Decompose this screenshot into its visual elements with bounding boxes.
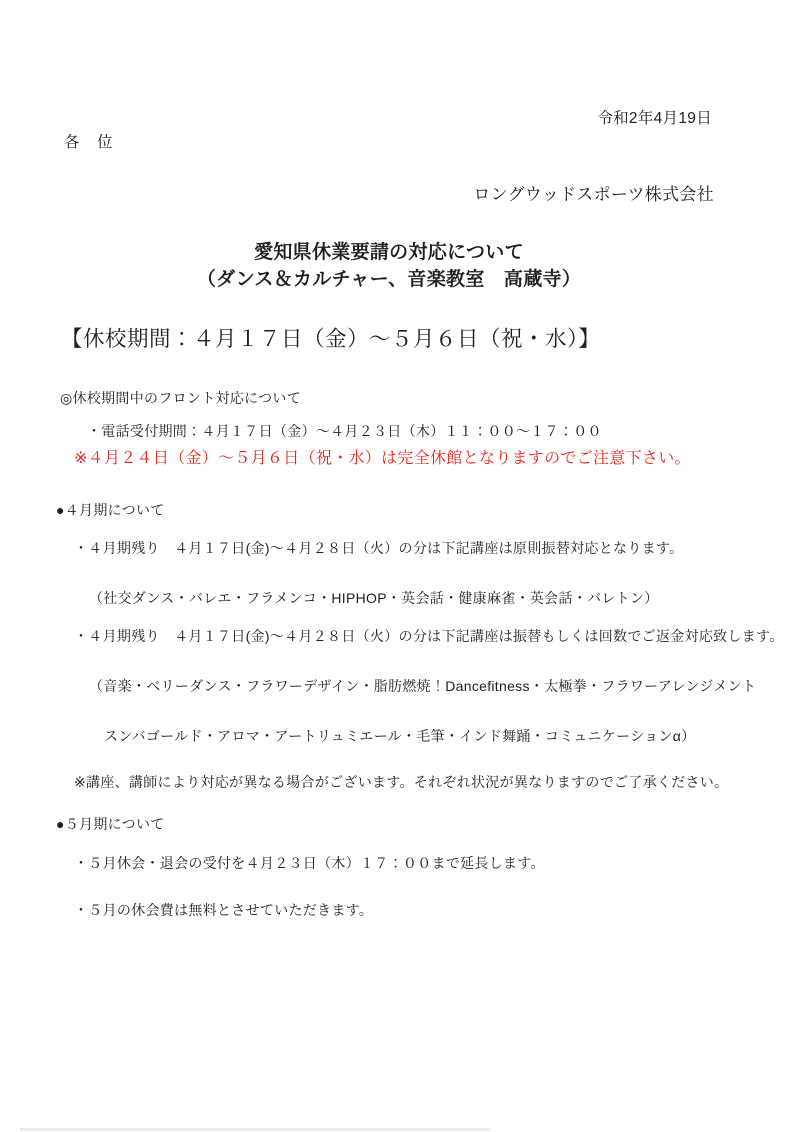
closure-period: 【休校期間：４月１７日（金）～５月６日（祝・水）】	[61, 326, 600, 353]
april-transfer-courses: （社交ダンス・バレエ・フラメンコ・HIPHOP・英会話・健康麻雀・英会話・バレト…	[89, 590, 659, 608]
phone-reception-line: ・電話受付期間：４月１７日（金）～４月２３日（木）１１：００～１７：００	[87, 423, 602, 441]
doc-title-line1: 愛知県休業要請の対応について	[0, 241, 778, 265]
april-item-transfer: ・４月期残り ４月１７日(金)～４月２８日（火）の分は下記講座は原則振替対応とな…	[74, 540, 683, 558]
may-item-extension: ・５月休会・退会の受付を４月２３日（木）１７：００まで延長します。	[74, 855, 545, 873]
company-name: ロングウッドスポーツ株式会社	[473, 184, 714, 205]
april-note: ※講座、講師により対応が異なる場合がございます。それぞれ状況が異なりますのでご了…	[74, 774, 728, 792]
closure-warning: ※４月２４日（金）～５月６日（祝・水）は完全休館となりますのでご注意下さい。	[74, 449, 691, 469]
issue-date: 令和2年4月19日	[597, 109, 712, 128]
april-refund-courses-line1: （音楽・ベリーダンス・フラワーデザイン・脂肪燃焼！Dancefitness・太極…	[89, 678, 756, 696]
may-section-heading: ●５月期について	[56, 816, 165, 834]
page-bottom-scan-artifact	[20, 1128, 490, 1131]
april-item-refund: ・４月期残り ４月１７日(金)～４月２８日（火）の分は下記講座は振替もしくは回数…	[74, 628, 784, 646]
front-desk-heading: ◎休校期間中のフロント対応について	[60, 390, 301, 408]
doc-title-line2: （ダンス＆カルチャー、音楽教室 高蔵寺）	[0, 268, 778, 292]
april-section-heading: ●４月期について	[56, 502, 165, 520]
document-page: 令和2年4月19日 各 位 ロングウッドスポーツ株式会社 愛知県休業要請の対応に…	[0, 0, 800, 1132]
recipient: 各 位	[64, 133, 114, 152]
april-refund-courses-line2: スンバゴールド・アロマ・アートリュミエール・毛筆・インド舞踊・コミュニケーション…	[104, 728, 695, 746]
may-item-fee: ・５月の休会費は無料とさせていただきます。	[74, 902, 373, 920]
